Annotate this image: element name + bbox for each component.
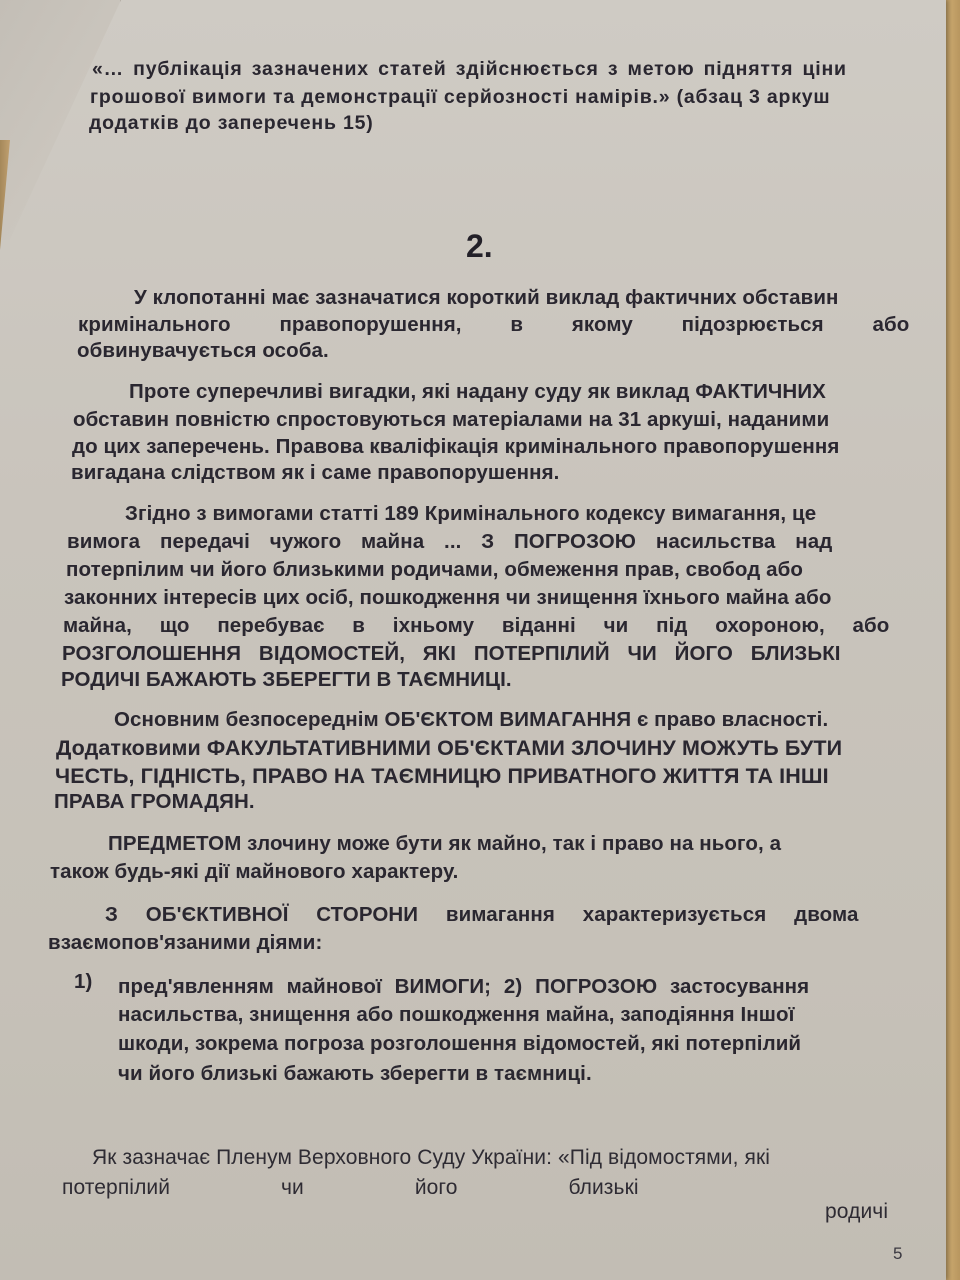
paragraph-line: законних інтересів цих осіб, пошкодження… [64,586,832,610]
paragraph-line: до цих заперечень. Правова кваліфікація … [72,435,839,459]
page-number: 5 [893,1244,902,1264]
paragraph-line: Основним безпосереднім ОБ'ЄКТОМ ВИМАГАНН… [114,708,828,732]
paragraph-line: обвинувачується особа. [77,339,329,363]
paragraph-line: майна, що перебуває в іхньому віданні чи… [63,614,889,638]
document-page: «… публікація зазначених статей здійснює… [0,0,946,1280]
quote-line-text: «… публікація зазначених статей здійснює… [92,58,847,81]
paragraph-line: також будь-які дії майнового характеру. [50,860,458,884]
quote-line: грошової вимоги та демонстрації серйозно… [90,86,830,109]
list-line: чи його близькі бажають зберегти в таємн… [118,1062,592,1086]
list-line: шкоди, зокрема погроза розголошення відо… [118,1032,801,1056]
paragraph-line: Проте суперечливі вигадки, які надану су… [129,380,826,404]
quote-line: додатків до заперечень 15) [89,112,374,135]
list-marker: 1) [74,970,92,994]
paragraph-line: ПРАВА ГРОМАДЯН. [54,790,255,814]
paragraph-line: З ОБ'ЄКТИВНОЇ СТОРОНИ вимагання характер… [105,903,859,927]
quote-line: «… публікація зазначених статей здійснює… [92,58,897,81]
paragraph-line: ЧЕСТЬ, ГІДНІСТЬ, ПРАВО НА ТАЄМНИЦЮ ПРИВА… [55,764,829,789]
paragraph-line: Як зазначає Пленум Верховного Суду Украї… [92,1146,770,1170]
paragraph-line: кримінального правопорушення, в якому пі… [78,313,909,337]
paragraph-line: ПРЕДМЕТОМ злочину може бути як майно, та… [108,832,781,856]
paragraph-line: РОДИЧІ БАЖАЮТЬ ЗБЕРЕГТИ В ТАЄМНИЦІ. [61,668,512,692]
paragraph-line: вимога передачі чужого майна ... З ПОГРО… [67,530,832,554]
paragraph-line: потерпілий чи його близькі [62,1176,639,1200]
paragraph-line: обставин повністю спростовуються матеріа… [73,408,829,432]
paragraph-line: РОЗГОЛОШЕННЯ ВІДОМОСТЕЙ, ЯКІ ПОТЕРПІЛИЙ … [62,642,841,666]
paragraph-line: Додатковими ФАКУЛЬТАТИВНИМИ ОБ'ЄКТАМИ ЗЛ… [56,736,842,761]
list-line: пред'явленням майнової ВИМОГИ; 2) ПОГРОЗ… [118,975,809,999]
paragraph-line: Згідно з вимогами статті 189 Кримінально… [125,502,816,526]
paragraph-line: потерпілим чи його близькими родичами, о… [66,558,803,582]
paragraph-line: У клопотанні має зазначатися короткий ви… [134,286,839,310]
list-line: насильства, знищення або пошкодження май… [118,1003,794,1027]
paragraph-line: родичі [825,1200,888,1224]
paragraph-line: взаємопов'язаними діями: [48,931,322,955]
section-number: 2. [466,228,493,265]
paragraph-line: вигадана слідством як і саме правопоруше… [71,461,559,485]
